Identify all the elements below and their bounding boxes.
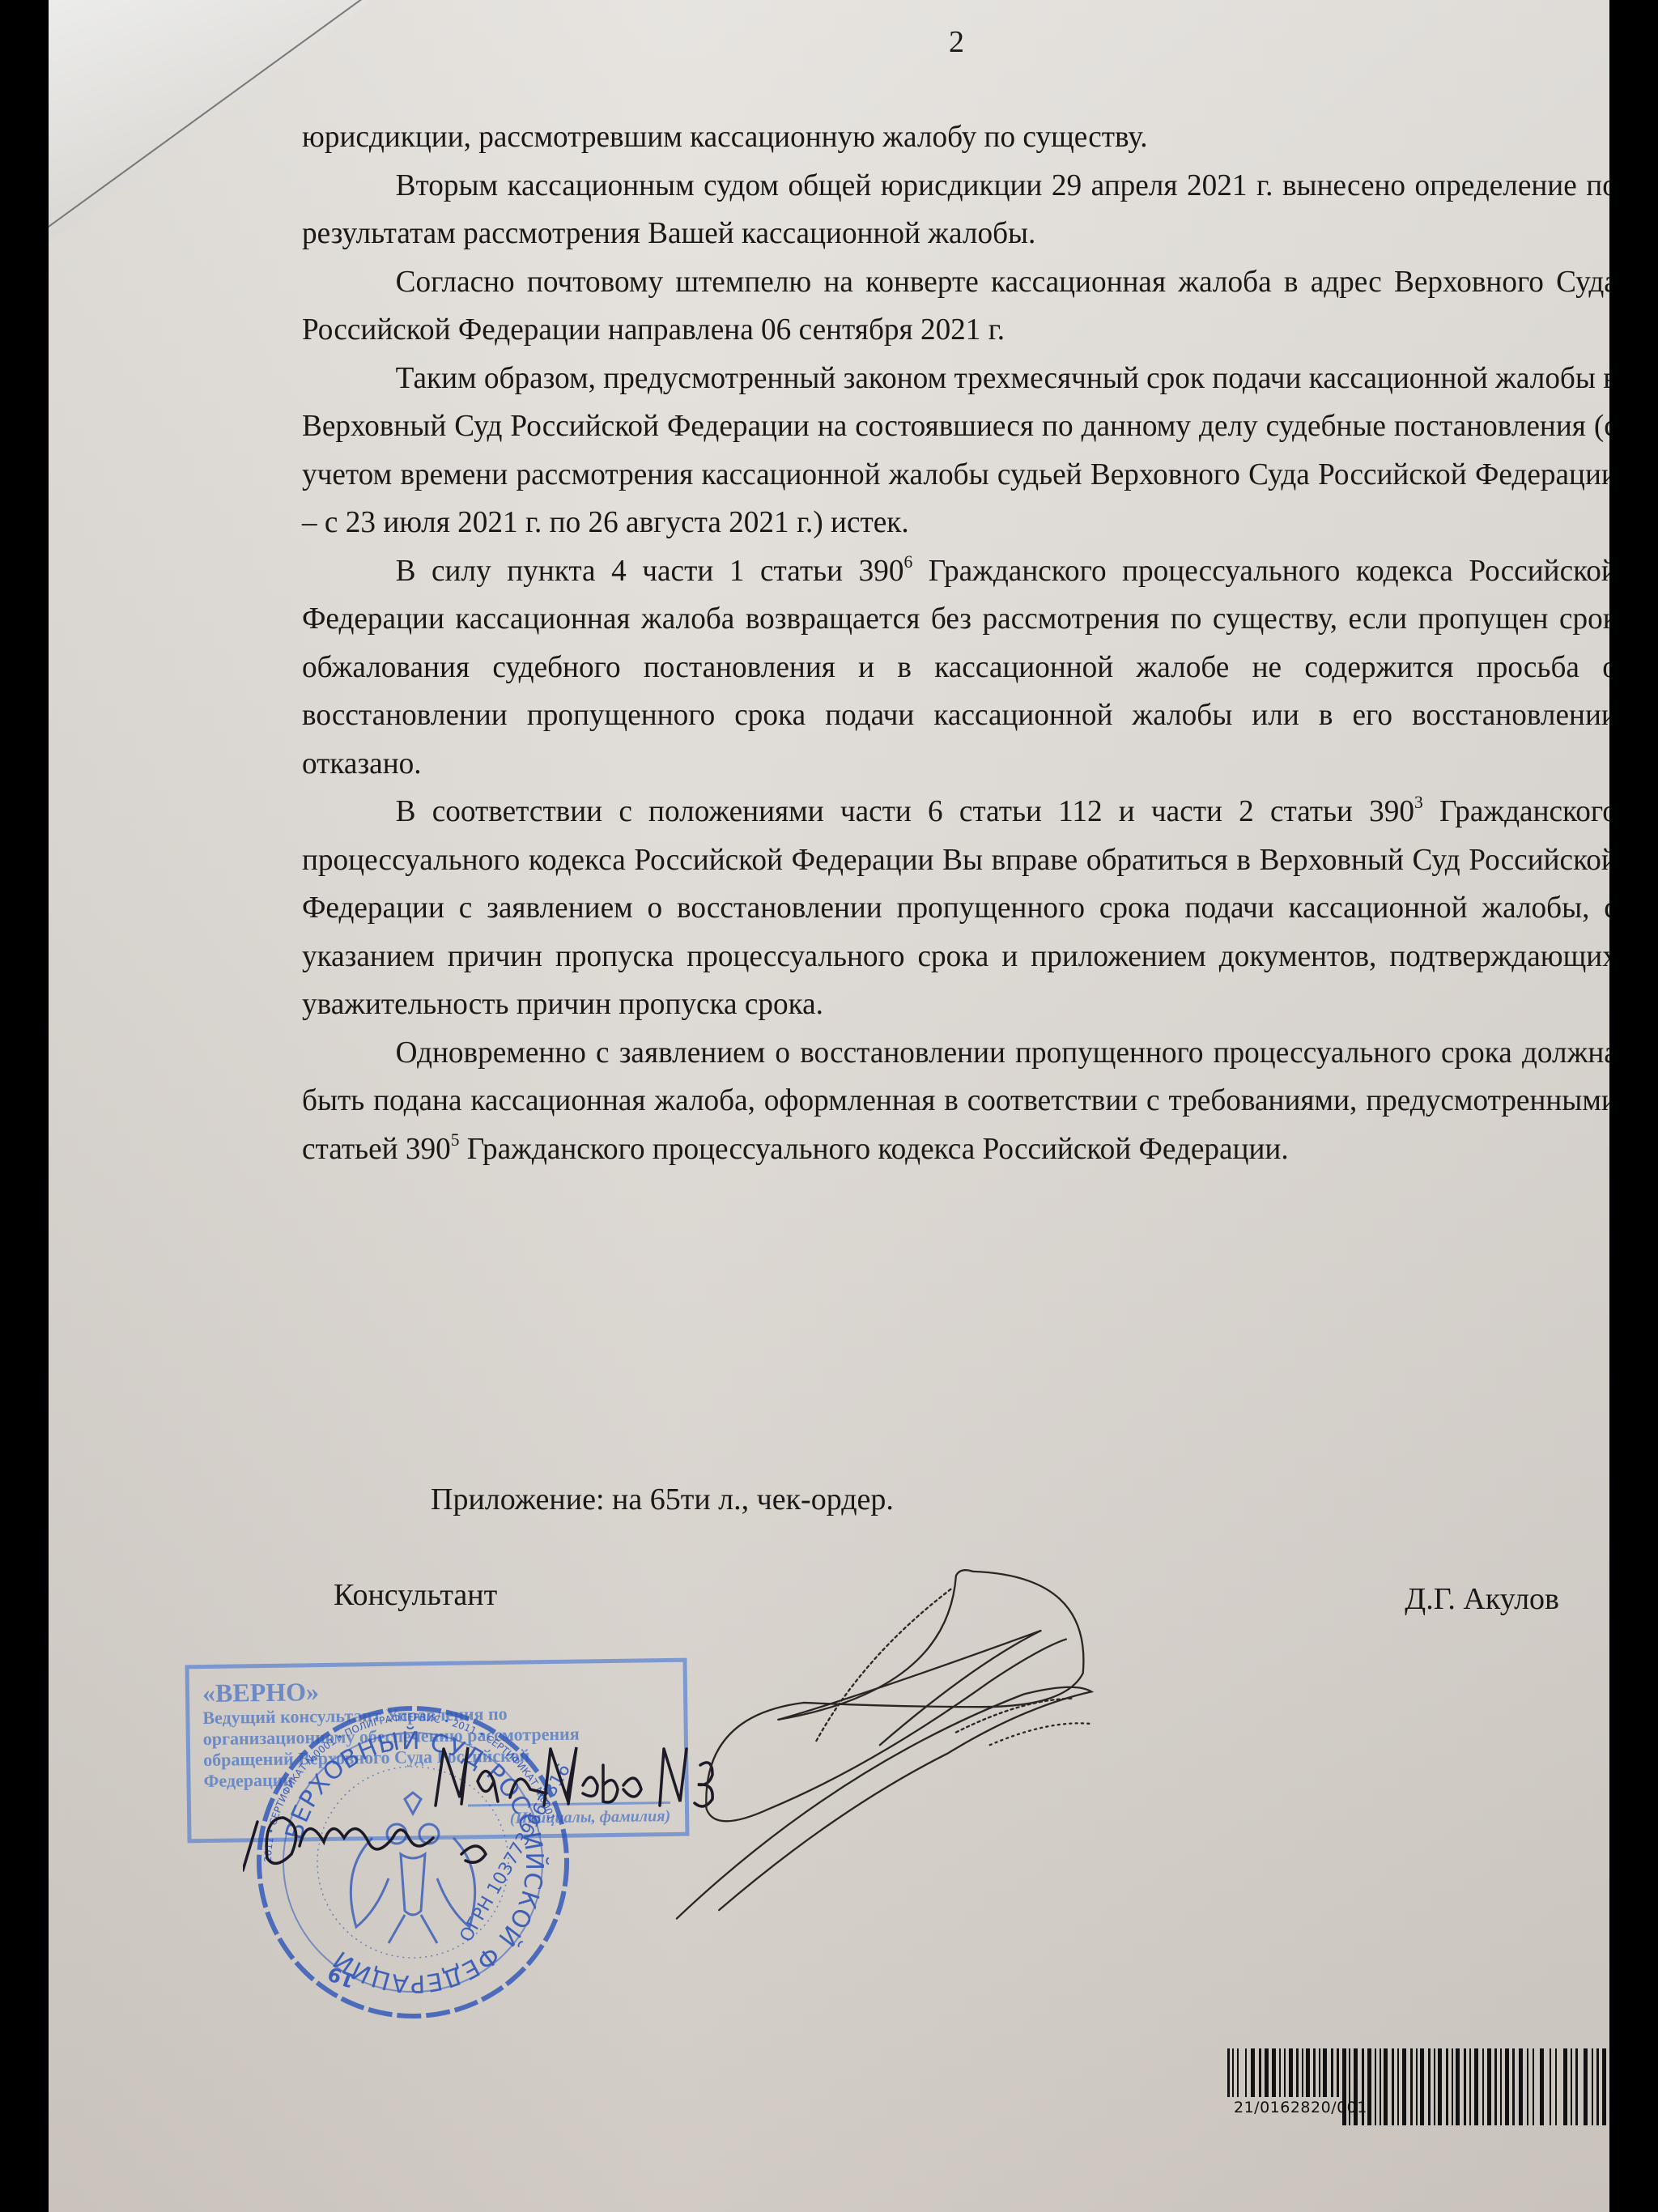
document-page: 2 юрисдикции, рассмотревшим кассационную… [49,0,1609,2212]
barcode-number: 21/0162820/001 [1234,2099,1367,2116]
letter-body: юрисдикции, рассмотревшим кассационную ж… [302,113,1609,1173]
paragraph-7-text-cont: Гражданского процессуального кодекса Рос… [459,1132,1288,1166]
article-superscript: 6 [903,551,912,572]
paragraph-5-text: В силу пункта 4 части 1 статьи 390 [396,554,904,588]
paragraph-7: Одновременно с заявлением о восстановлен… [302,1029,1609,1174]
article-superscript: 3 [1414,792,1423,812]
article-superscript: 5 [451,1129,460,1150]
barcode: 21/0162820/001 [1227,2048,1609,2129]
paragraph-3: Согласно почтовому штемпелю на конверте … [302,258,1609,355]
paragraph-1: юрисдикции, рассмотревшим кассационную ж… [302,113,1609,162]
signature-icon [664,1555,1214,1927]
page-number: 2 [949,24,964,60]
barcode-icon [1227,2048,1609,2129]
signatory-name: Д.Г. Акулов [1405,1581,1559,1617]
paragraph-6-text-cont: Гражданского процессуального кодекса Рос… [302,794,1609,1021]
paragraph-6-text: В соответствии с положениями части 6 ста… [396,794,1414,828]
paragraph-5: В силу пункта 4 части 1 статьи 3906 Граж… [302,547,1609,789]
paragraph-2: Вторым кассационным судом общей юрисдикц… [302,162,1609,258]
appendix-note: Приложение: на 65ти л., чек-ордер. [431,1482,894,1517]
signatory-role: Консультант [334,1577,497,1613]
paragraph-4: Таким образом, предусмотренный законом т… [302,355,1609,547]
paragraph-6: В соответствии с положениями части 6 ста… [302,788,1609,1029]
